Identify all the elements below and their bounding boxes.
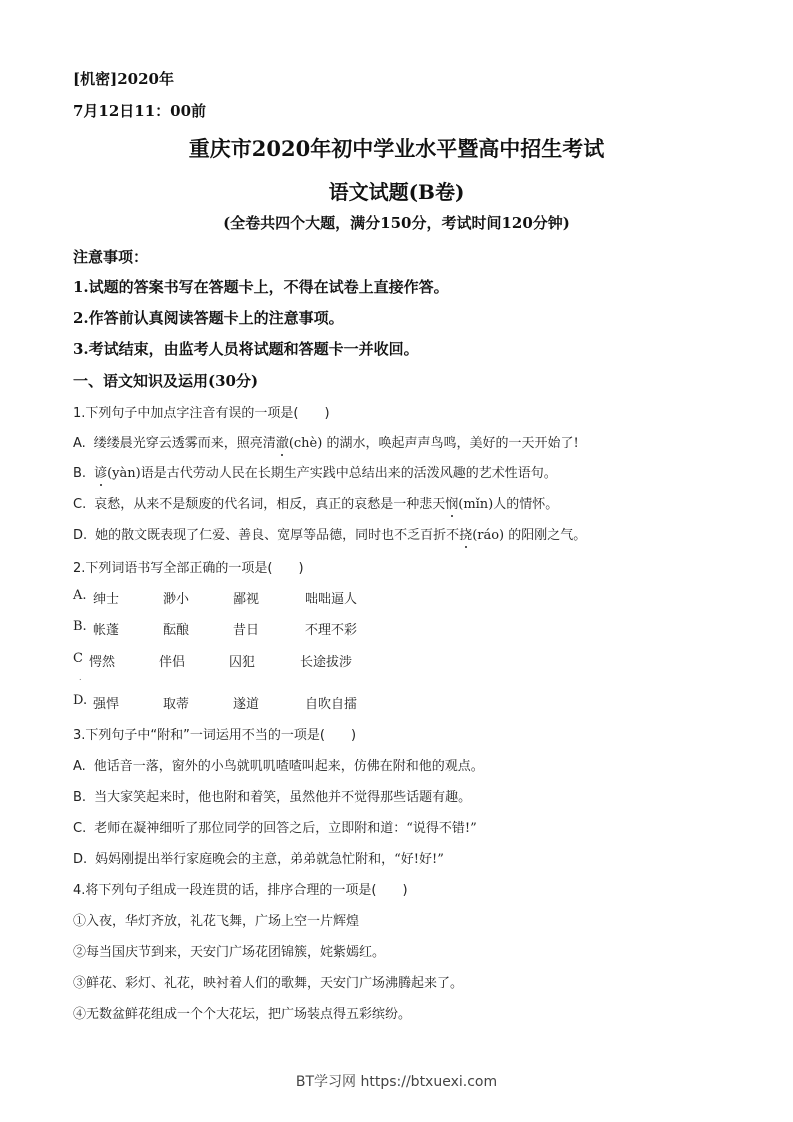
note-item: 1.试题的答案书写在答题卡上，不得在试卷上直接作答。 (73, 276, 449, 297)
emphasis-dot-char: 谚 (94, 466, 107, 481)
exam-title: 重庆市2020年初中学业水平暨高中招生考试 (0, 133, 793, 163)
question-2-option-a: A. 绅士 渺小 鄙视 咄咄逼人 (73, 588, 473, 608)
question-3-option-a: A.他话音一落，窗外的小鸟就叽叽喳喳叫起来，仿佛在附和他的观点。 (73, 755, 484, 774)
section-heading: 一、语文知识及运用(30分) (73, 370, 258, 391)
question-1-stem: 1.下列句子中加点字注音有误的一项是( ) (73, 402, 330, 421)
question-1-option-c: C.哀愁，从来不是颓废的代名词，相反，真正的哀愁是一种悲天悯(mǐn)人的情怀。 (73, 493, 558, 512)
deadline-label: 7月12日11：00前 (73, 100, 206, 121)
question-1-option-a: A.缕缕晨光穿云透雾而来，照亮清澈(chè) 的湖水，唤起声声鸟鸣，美好的一天开… (73, 432, 579, 451)
question-3-stem: 3.下列句子中“附和”一词运用不当的一项是( ) (73, 724, 356, 743)
question-2-stem: 2.下列词语书写全部正确的一项是( ) (73, 557, 304, 576)
exam-info: (全卷共四个大题，满分150分，考试时间120分钟) (0, 212, 793, 233)
question-4-sentence: ③鲜花、彩灯、礼花，映衬着人们的歌舞，天安门广场沸腾起来了。 (73, 972, 463, 991)
question-4-stem: 4.将下列句子组成一段连贯的话，排序合理的一项是( ) (73, 879, 408, 898)
question-3-option-d: D.妈妈刚提出举行家庭晚会的主意，弟弟就急忙附和，“好!好!” (73, 848, 444, 867)
confidential-label: [机密]2020年 (73, 68, 174, 89)
question-4-sentence: ④无数盆鲜花组成一个个大花坛，把广场装点得五彩缤纷。 (73, 1003, 411, 1022)
question-1-option-d: D.她的散文既表现了仁爱、善良、宽厚等品德，同时也不乏百折不挠(ráo) 的阳刚… (73, 524, 586, 543)
question-4-sentence: ②每当国庆节到来，天安门广场花团锦簇，姹紫嫣红。 (73, 941, 385, 960)
question-2-option-c: C 愕然 伴侣 囚犯 长途拔涉 (73, 651, 473, 671)
question-2-option-b: B. 帐蓬 酝酿 昔日 不理不彩 (73, 619, 473, 639)
question-1-option-b: B.谚(yàn)语是古代劳动人民在长期生产实践中总结出来的活泼风趣的艺术性语句。 (73, 462, 557, 481)
exam-subtitle: 语文试题(B卷) (0, 176, 793, 205)
question-2-option-d: D. 强悍 取蒂 遂道 自吹自擂 (73, 693, 473, 713)
question-4-sentence: ①入夜，华灯齐放，礼花飞舞，广场上空一片辉煌 (73, 910, 359, 929)
footer-watermark: BT学习网 https://btxuexi.com (0, 1071, 793, 1091)
note-item: 2.作答前认真阅读答题卡上的注意事项。 (73, 307, 344, 328)
question-3-option-c: C.老师在凝神细听了那位同学的回答之后，立即附和道：“说得不错!” (73, 817, 477, 836)
note-item: 3.考试结束，由监考人员将试题和答题卡一并收回。 (73, 338, 419, 359)
question-3-option-b: B.当大家笑起来时，他也附和着笑，虽然他并不觉得那些话题有趣。 (73, 786, 471, 805)
emphasis-dot-char: 悯 (445, 497, 458, 512)
stray-mark: . (79, 673, 82, 682)
emphasis-dot-char: 澈 (276, 436, 289, 451)
notes-heading: 注意事项： (73, 246, 148, 267)
emphasis-dot-char: 挠 (459, 528, 472, 543)
